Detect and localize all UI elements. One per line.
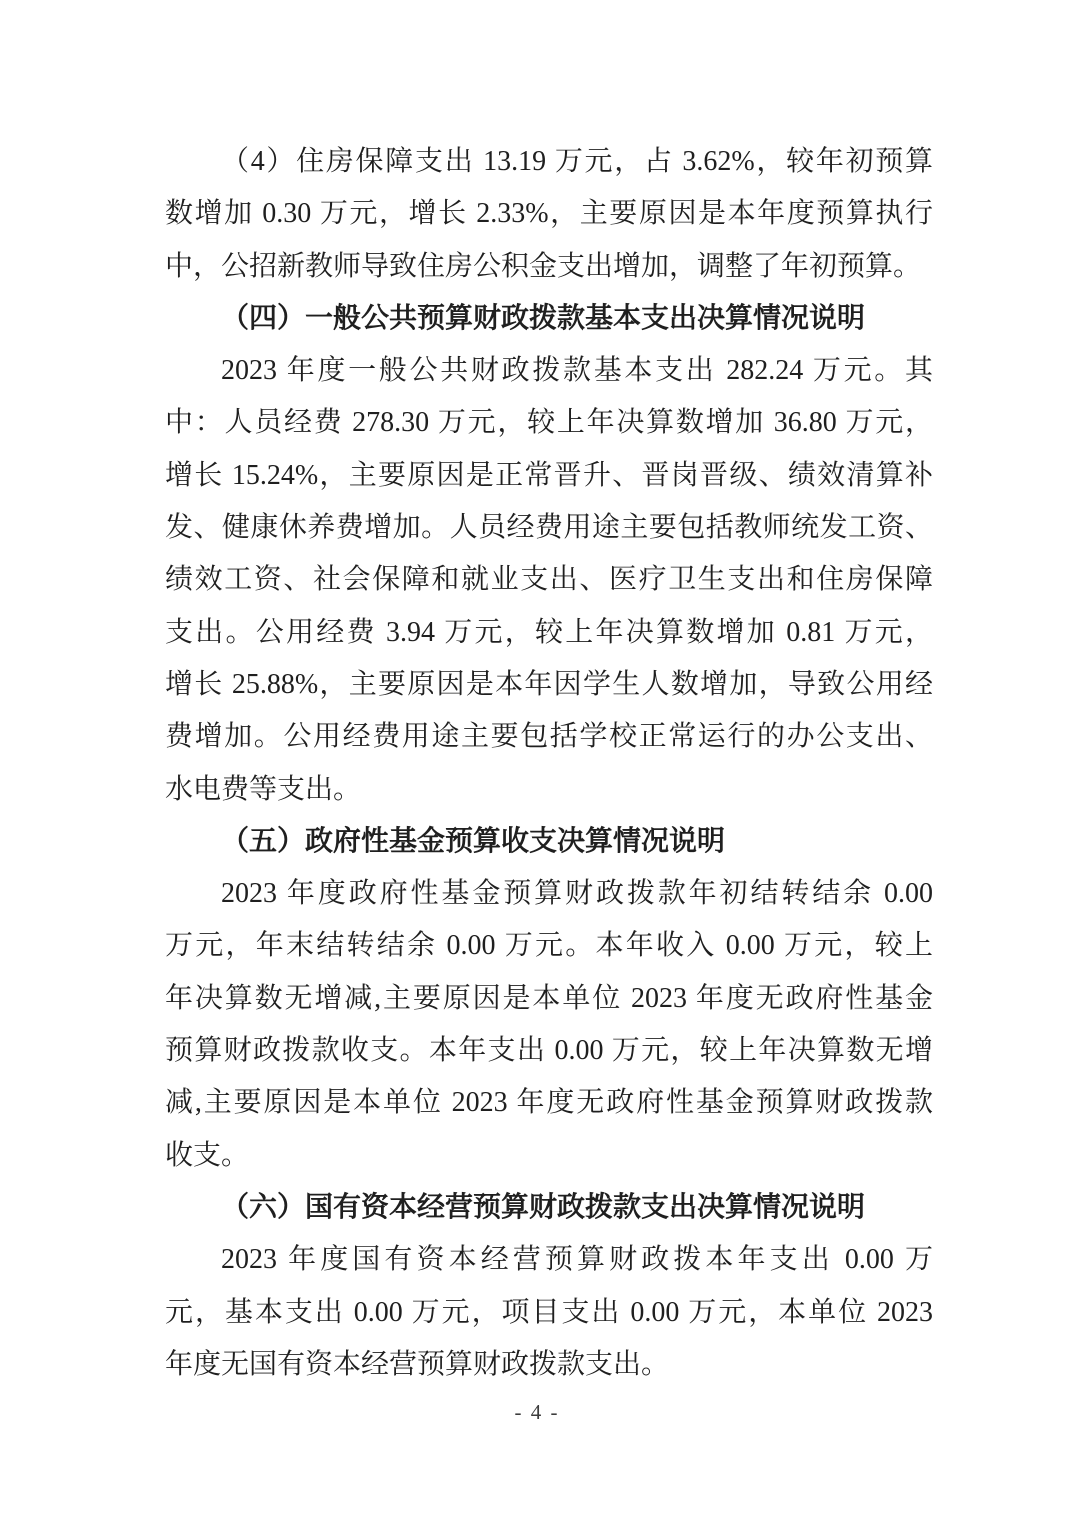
paragraph-line: 发、健康休养费增加。人员经费用途主要包括教师统发工资、	[165, 502, 933, 554]
section-heading: （六）国有资本经营预算财政拨款支出决算情况说明	[165, 1182, 933, 1234]
paragraph-line: 年度无国有资本经营预算财政拨款支出。	[165, 1339, 933, 1391]
paragraph-line: 水电费等支出。	[165, 764, 933, 816]
paragraph-line: 万元，年末结转结余 0.00 万元。本年收入 0.00 万元，较上	[165, 920, 933, 972]
paragraph-line: 增长 15.24%，主要原因是正常晋升、晋岗晋级、绩效清算补	[165, 450, 933, 502]
paragraph-line: 2023 年度一般公共财政拨款基本支出 282.24 万元。其	[165, 345, 933, 397]
paragraph-line: 收支。	[165, 1130, 933, 1182]
paragraph-line: 数增加 0.30 万元，增长 2.33%，主要原因是本年度预算执行	[165, 188, 933, 240]
paragraph-line: 绩效工资、社会保障和就业支出、医疗卫生支出和住房保障	[165, 554, 933, 606]
paragraph-line: 中，公招新教师导致住房公积金支出增加，调整了年初预算。	[165, 241, 933, 293]
paragraph-line: 2023 年度国有资本经营预算财政拨本年支出 0.00 万	[165, 1234, 933, 1286]
page-footer: - 4 -	[0, 1400, 1074, 1425]
paragraph-line: 2023 年度政府性基金预算财政拨款年初结转结余 0.00	[165, 868, 933, 920]
section-heading: （四）一般公共预算财政拨款基本支出决算情况说明	[165, 293, 933, 345]
paragraph-line: 年决算数无增减,主要原因是本单位 2023 年度无政府性基金	[165, 973, 933, 1025]
paragraph-line: 中：人员经费 278.30 万元，较上年决算数增加 36.80 万元，	[165, 397, 933, 449]
paragraph-line: 费增加。公用经费用途主要包括学校正常运行的办公支出、	[165, 711, 933, 763]
paragraph-line: 预算财政拨款收支。本年支出 0.00 万元，较上年决算数无增	[165, 1025, 933, 1077]
paragraph-line: 增长 25.88%，主要原因是本年因学生人数增加，导致公用经	[165, 659, 933, 711]
paragraph-line: 减,主要原因是本单位 2023 年度无政府性基金预算财政拨款	[165, 1077, 933, 1129]
document-page: （4）住房保障支出 13.19 万元，占 3.62%，较年初预算数增加 0.30…	[0, 0, 1074, 1520]
page-number: - 4 -	[515, 1400, 560, 1424]
document-body: （4）住房保障支出 13.19 万元，占 3.62%，较年初预算数增加 0.30…	[165, 136, 933, 1391]
paragraph-line: 支出。公用经费 3.94 万元，较上年决算数增加 0.81 万元，	[165, 607, 933, 659]
section-heading: （五）政府性基金预算收支决算情况说明	[165, 816, 933, 868]
paragraph-line: （4）住房保障支出 13.19 万元，占 3.62%，较年初预算	[165, 136, 933, 188]
paragraph-line: 元，基本支出 0.00 万元，项目支出 0.00 万元，本单位 2023	[165, 1287, 933, 1339]
